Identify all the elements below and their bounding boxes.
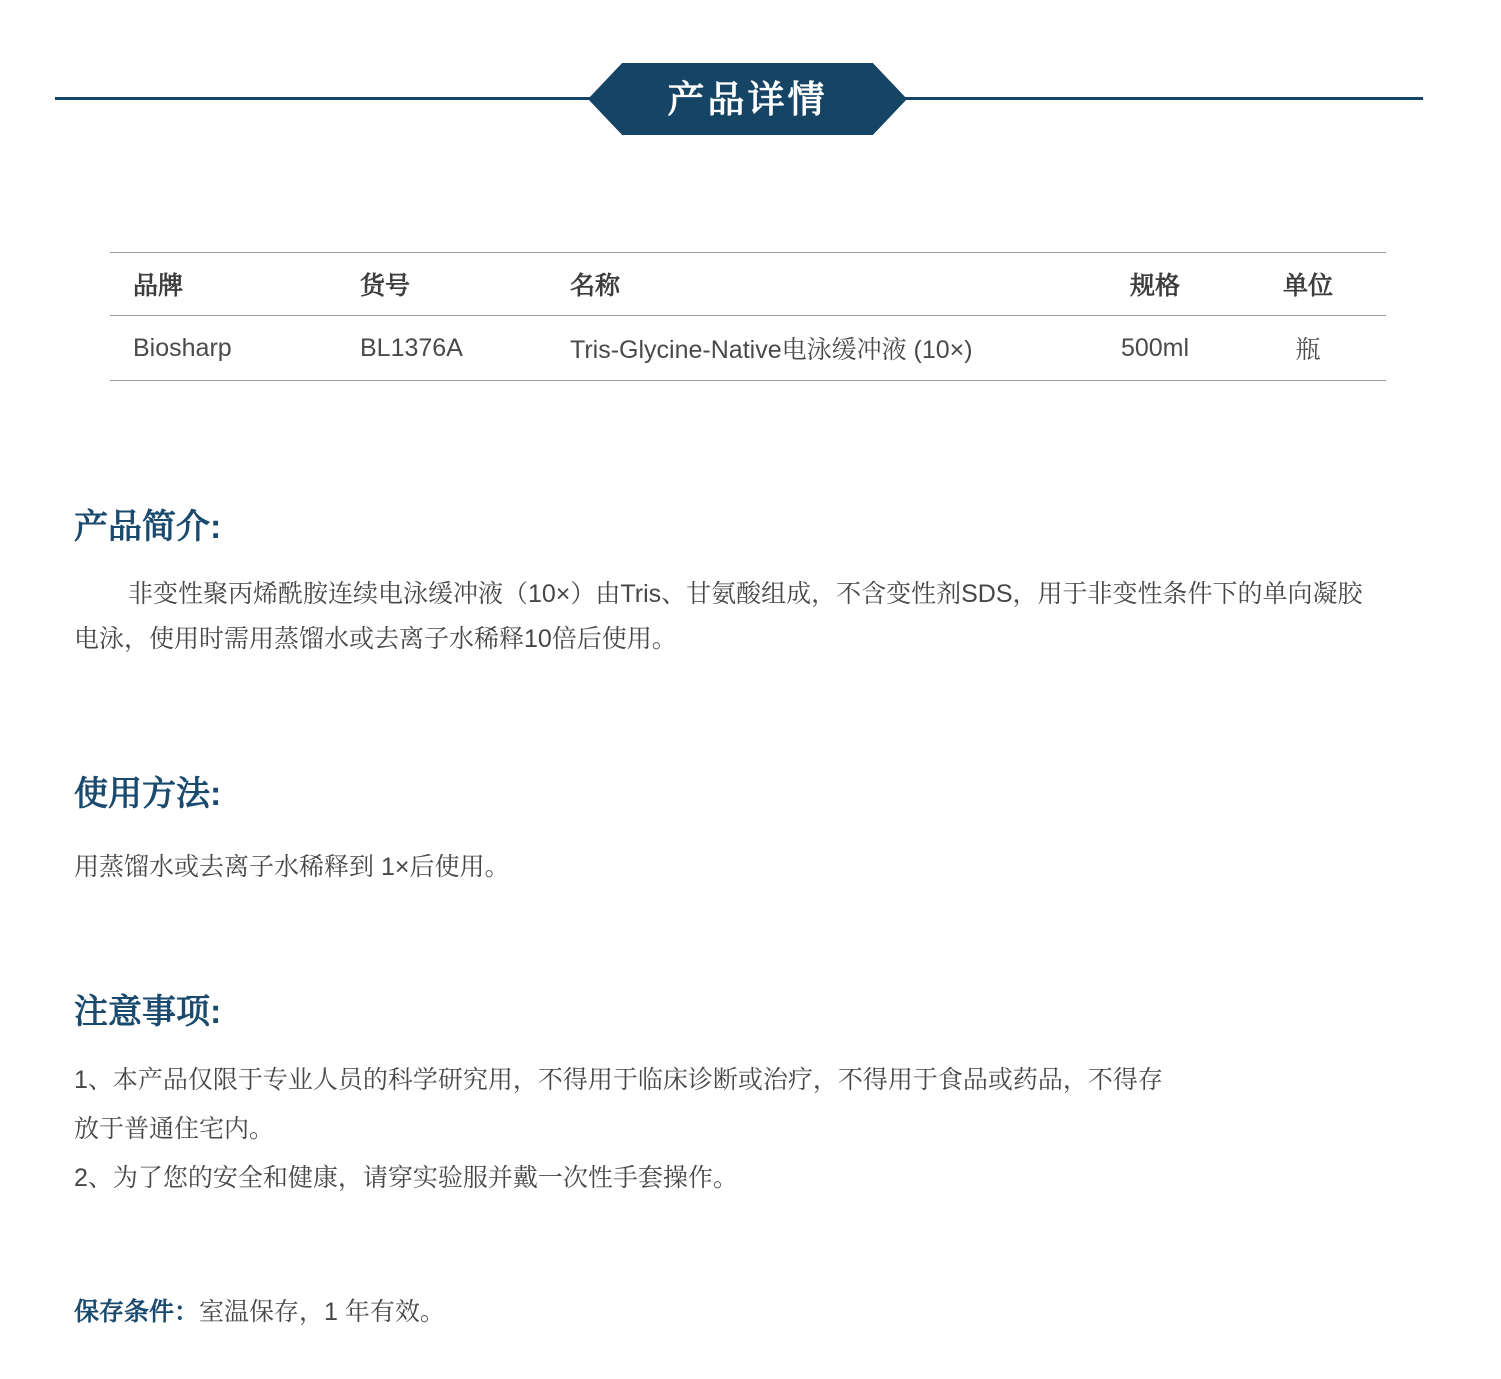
usage-heading: 使用方法: — [74, 772, 221, 816]
storage-condition: 保存条件：室温保存，1 年有效。 — [74, 1292, 445, 1332]
header-unit: 单位 — [1230, 266, 1386, 302]
intro-line-1: 非变性聚丙烯酰胺连续电泳缓冲液（10×）由Tris、甘氨酸组成，不含变性剂SDS… — [74, 572, 1446, 617]
storage-label: 保存条件： — [74, 1298, 199, 1326]
usage-line-1: 用蒸馏水或去离子水稀释到 1×后使用。 — [74, 845, 1446, 890]
product-spec-table: 品牌 货号 名称 规格 单位 Biosharp BL1376A Tris-Gly… — [110, 252, 1386, 381]
notes-list: 1、本产品仅限于专业人员的科学研究用，不得用于临床诊断或治疗，不得用于食品或药品… — [74, 1056, 1446, 1203]
header-name: 名称 — [570, 266, 1080, 302]
usage-paragraph: 用蒸馏水或去离子水稀释到 1×后使用。 — [74, 845, 1446, 890]
cell-brand: Biosharp — [110, 334, 360, 363]
header-spec: 规格 — [1080, 266, 1230, 302]
intro-line-2: 电泳，使用时需用蒸馏水或去离子水稀释10倍后使用。 — [74, 617, 1446, 662]
cell-spec: 500ml — [1080, 334, 1230, 363]
banner-hexagon: 产品详情 — [588, 63, 907, 135]
banner-rule-right — [905, 97, 1423, 100]
header-catalog: 货号 — [360, 266, 570, 302]
table-header-row: 品牌 货号 名称 规格 单位 — [110, 253, 1386, 316]
cell-unit: 瓶 — [1230, 330, 1386, 366]
cell-catalog: BL1376A — [360, 334, 570, 363]
header-brand: 品牌 — [110, 266, 360, 302]
cell-name: Tris-Glycine-Native电泳缓冲液 (10×) — [570, 330, 1080, 366]
storage-value: 室温保存，1 年有效。 — [199, 1298, 445, 1326]
intro-heading: 产品简介: — [74, 505, 221, 549]
product-detail-page: 产品详情 品牌 货号 名称 规格 单位 Biosharp BL1376A Tri… — [0, 0, 1501, 1379]
note-line-1: 1、本产品仅限于专业人员的科学研究用，不得用于临床诊断或治疗，不得用于食品或药品… — [74, 1056, 1446, 1105]
note-line-3: 2、为了您的安全和健康，请穿实验服并戴一次性手套操作。 — [74, 1154, 1446, 1203]
notes-heading: 注意事项: — [74, 990, 221, 1034]
table-row: Biosharp BL1376A Tris-Glycine-Native电泳缓冲… — [110, 316, 1386, 381]
intro-paragraph: 非变性聚丙烯酰胺连续电泳缓冲液（10×）由Tris、甘氨酸组成，不含变性剂SDS… — [74, 572, 1446, 662]
banner-rule-left — [55, 97, 590, 100]
note-line-2: 放于普通住宅内。 — [74, 1105, 1446, 1154]
banner-title: 产品详情 — [668, 81, 828, 118]
